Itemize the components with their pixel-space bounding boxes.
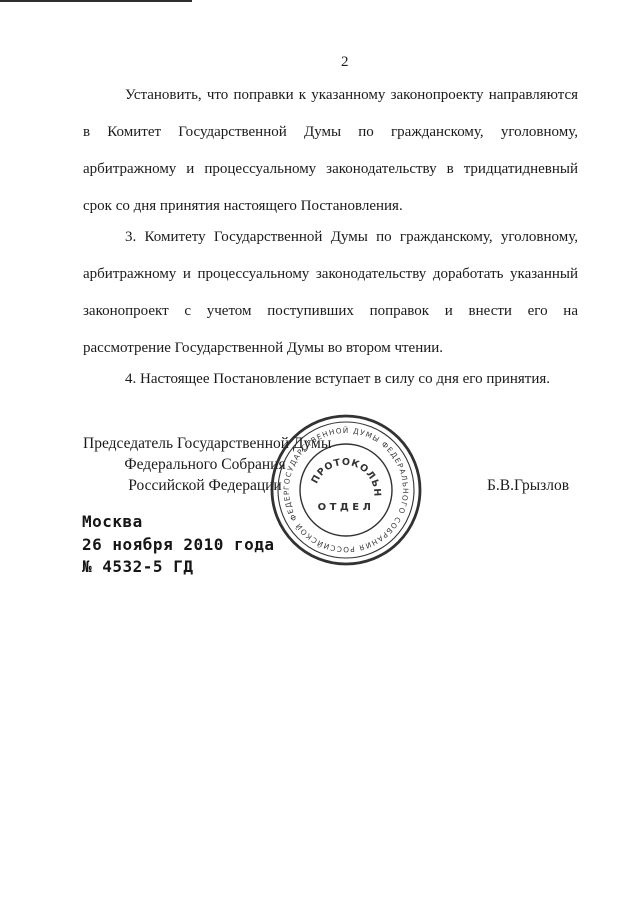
text-line: 3. Комитету Государственной Думы по граж… [83,219,578,256]
signatory-name: Б.В.Грызлов [487,475,569,496]
protocol-department-stamp: ГОСУДАРСТВЕННОЙ ДУМЫ ФЕДЕРАЛЬНОГО СОБРАН… [266,410,426,570]
footer-date: 26 ноября 2010 года [82,534,275,557]
text-line: арбитражному и процессуальному законодат… [83,151,578,188]
stamp-middle-ring [278,422,414,558]
svg-text:ГОСУДАРСТВЕННОЙ ДУМЫ ФЕДЕРАЛЬН: ГОСУДАРСТВЕННОЙ ДУМЫ ФЕДЕРАЛЬНОГО СОБРАН… [266,410,410,554]
paragraph-3: 3. Комитету Государственной Думы по граж… [83,219,578,367]
document-page: 2 Установить, что поправки к указанному … [0,0,640,905]
paragraph-4: 4. Настоящее Постановление вступает в си… [83,361,578,398]
document-footer: Москва 26 ноября 2010 года № 4532-5 ГД [82,511,275,579]
text-line: Установить, что поправки к указанному за… [83,77,578,114]
stamp-outer-ring [272,416,420,564]
stamp-center-text: ОТДЕЛ [318,502,375,513]
document-body: Установить, что поправки к указанному за… [83,77,578,398]
text-line: арбитражному и процессуальному законодат… [83,256,578,293]
text-line: 4. Настоящее Постановление вступает в си… [83,361,578,398]
stamp-seal-graphic: ГОСУДАРСТВЕННОЙ ДУМЫ ФЕДЕРАЛЬНОГО СОБРАН… [266,410,426,570]
stamp-ring-text: ГОСУДАРСТВЕННОЙ ДУМЫ ФЕДЕРАЛЬНОГО СОБРАН… [266,410,410,554]
footer-city: Москва [82,511,275,534]
text-line: законопроект с учетом поступивших поправ… [83,293,578,330]
text-line: в Комитет Государственной Думы по гражда… [83,114,578,151]
page-number: 2 [341,54,349,71]
scan-artifact-line [0,0,192,2]
footer-number: № 4532-5 ГД [82,556,275,579]
paragraph-2: Установить, что поправки к указанному за… [83,77,578,225]
